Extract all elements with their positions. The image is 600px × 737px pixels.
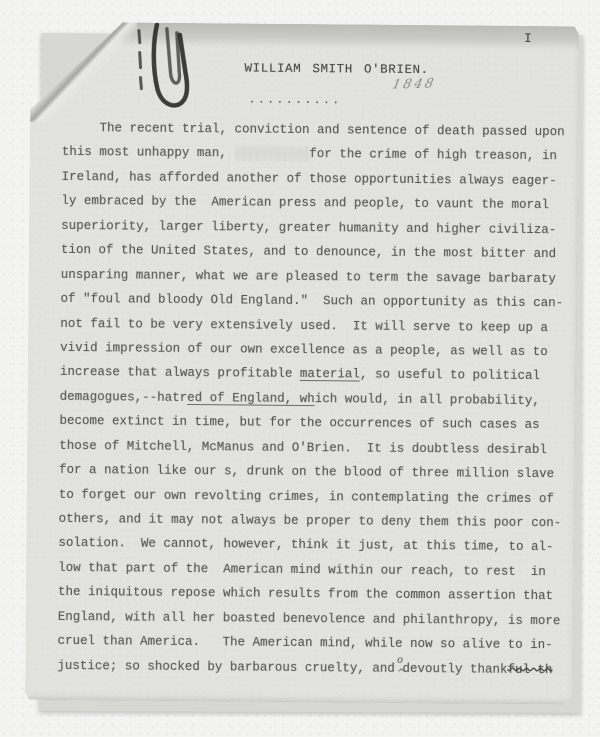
text-segment: ly embraced by the American press and pe…	[61, 194, 549, 212]
text-segment: ed of England, wh	[187, 391, 315, 406]
text-segment: for the crime of high treason, in	[309, 147, 557, 163]
document-page: I WILLIAM SMITH O'BRIEN. 1848 ..........…	[25, 22, 579, 705]
text-segment: solation. We cannot, however, think it j…	[58, 536, 553, 554]
paper-top-shadow	[31, 22, 579, 51]
text-line: justice; so shocked by barbarous cruelty…	[57, 654, 562, 683]
text-segment: Ireland, has afforded another of those o…	[62, 170, 557, 188]
text-segment: devoutly thank	[395, 661, 508, 676]
text-segment: others, and it may not always be proper …	[59, 512, 562, 530]
text-segment: to forget our own revolting crimes, in c…	[59, 487, 554, 505]
text-segment: tion of the United States, and to denoun…	[61, 243, 556, 261]
handwritten-year: 1848	[391, 76, 438, 92]
text-segment: demagogues,--hatr	[60, 390, 188, 405]
text-segment: the iniquitous repose which results from…	[58, 585, 553, 603]
text-segment: for a nation like our s, drunk on the bl…	[59, 463, 554, 481]
text-segment: justice; so shocked by barbarous cruelty…	[57, 659, 395, 676]
page-number: I	[524, 31, 533, 46]
text-segment: superiority, larger liberty, greater hum…	[61, 219, 556, 237]
text-segment: low that part of the American mind withi…	[58, 561, 546, 579]
text-segment: The recent trial, conviction and sentenc…	[62, 121, 565, 139]
text-segment	[234, 147, 309, 162]
text-segment: those of Mitchell, McManus and O'Brien. …	[59, 439, 547, 457]
text-segment: , so useful to political	[360, 368, 540, 384]
title-divider-dots: ..........	[248, 93, 341, 108]
document-body: The recent trial, conviction and sentenc…	[57, 116, 567, 682]
text-segment: vivid impression of our own excellence a…	[60, 341, 548, 359]
text-segment: ful th	[507, 662, 552, 676]
text-segment: cruel than America. The American mind, w…	[58, 634, 553, 652]
text-segment: not fail to be very extensively used. It…	[60, 316, 548, 334]
text-segment: unsparing manner, what we are pleased to…	[61, 268, 556, 286]
text-segment: this most unhappy man,	[62, 145, 235, 161]
text-segment: of "foul and bloody Old England." Such a…	[60, 292, 563, 310]
text-segment: become extinct in time, but for the occu…	[59, 414, 539, 432]
text-line: for a nation like our s, drunk on the bl…	[59, 458, 564, 487]
text-segment: material	[300, 367, 360, 382]
document-title: WILLIAM SMITH O'BRIEN.	[245, 61, 429, 77]
text-segment: England, with all her boasted benevolenc…	[58, 610, 561, 628]
scan-background: I WILLIAM SMITH O'BRIEN. 1848 ..........…	[0, 0, 600, 737]
text-line: of "foul and bloody Old England." Such a…	[60, 287, 565, 316]
text-segment: increase that always profitable	[60, 365, 300, 381]
text-segment: ich would, in all probability,	[315, 392, 540, 408]
paperclip-mark	[126, 22, 207, 119]
